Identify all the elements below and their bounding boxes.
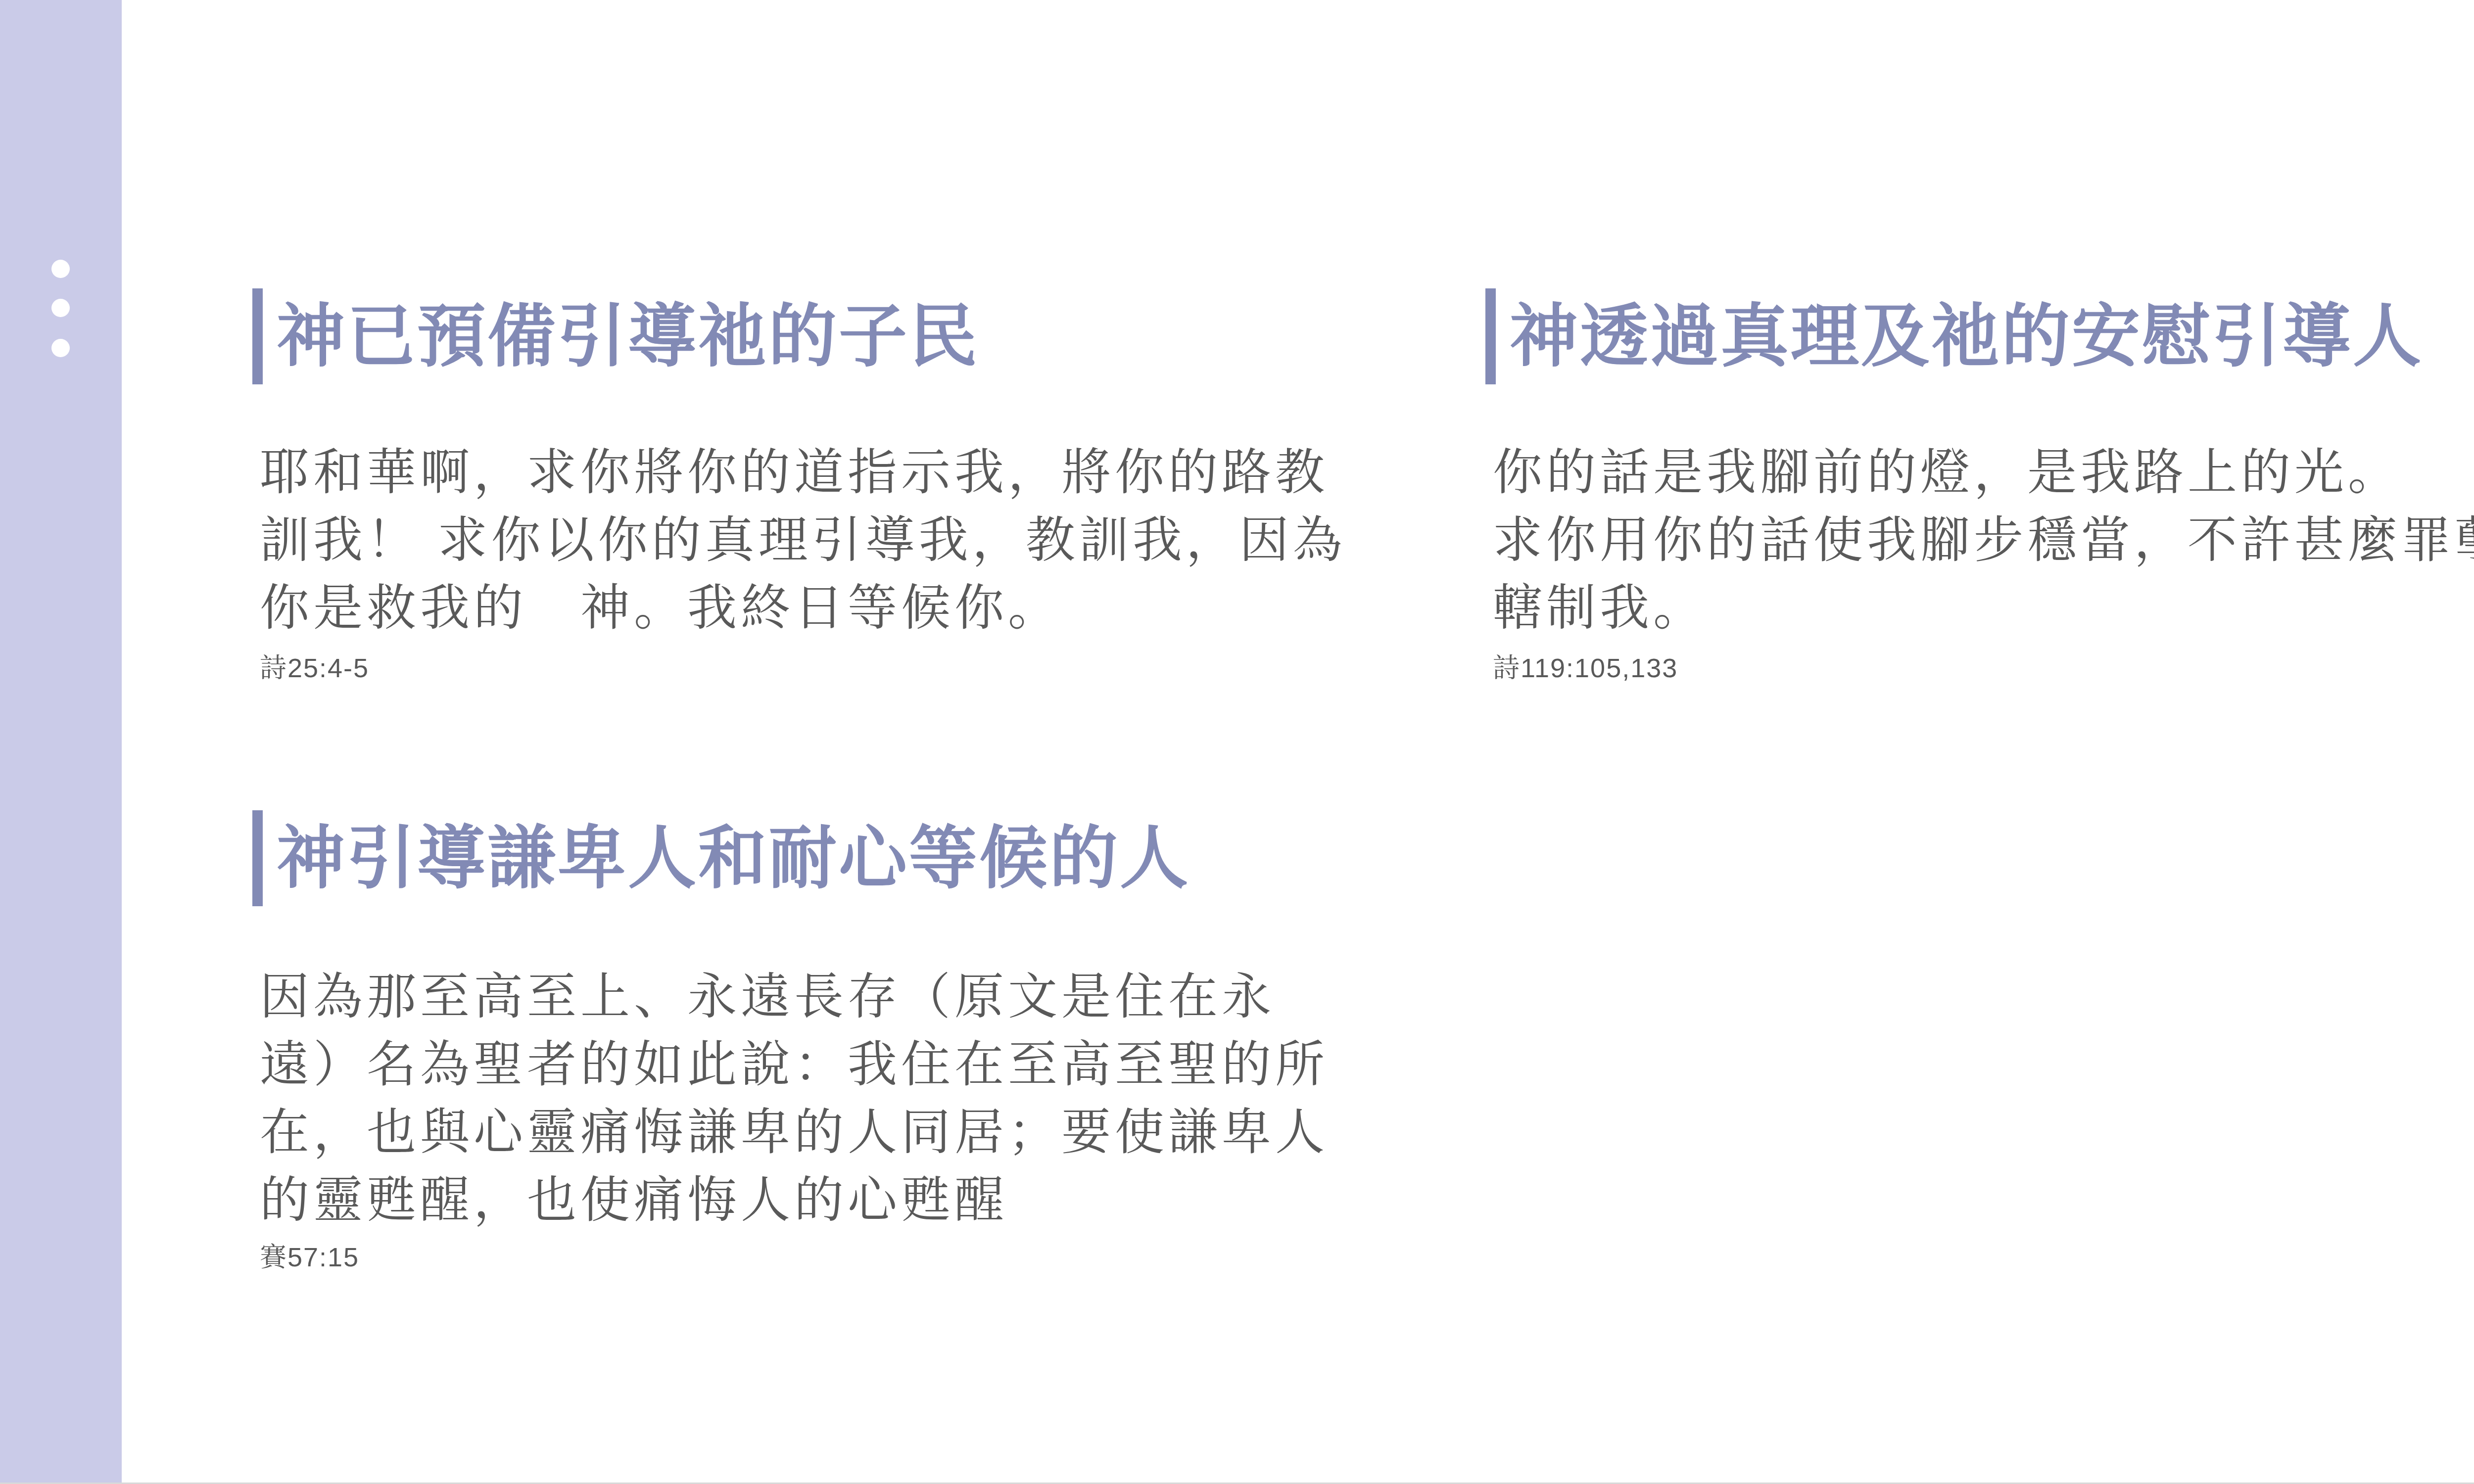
section-title: 神已預備引導祂的子民 [277, 288, 979, 384]
section-title: 神透過真理及祂的安慰引導人 [1510, 288, 2423, 384]
verse-line: 的靈甦醒，也使痛悔人的心甦醒 [260, 1166, 1489, 1234]
verse-reference: 詩25:4-5 [260, 652, 1489, 685]
verse-line: 轄制我。 [1493, 574, 2474, 642]
verse-line: 求你用你的話使我腳步穩當，不許甚麼罪孽 [1493, 507, 2474, 574]
slide-dot-indicator [51, 339, 70, 357]
verse-line: 因為那至高至上、永遠長存（原文是住在永 [260, 963, 1489, 1031]
verse-reference: 詩119:105,133 [1493, 652, 2474, 685]
section-left-top: 神已預備引導祂的子民 耶和華啊，求你將你的道指示我，將你的路教 訓我！ 求你以你… [252, 288, 1489, 685]
slide-canvas: 神已預備引導祂的子民 耶和華啊，求你將你的道指示我，將你的路教 訓我！ 求你以你… [0, 0, 2474, 1484]
slide-dot-indicator [51, 299, 70, 317]
section-title: 神引導謙卑人和耐心等候的人 [277, 810, 1190, 906]
verse-line: 在，也與心靈痛悔謙卑的人同居；要使謙卑人 [260, 1099, 1489, 1166]
verse-line: 訓我！ 求你以你的真理引導我，教訓我，因為 [260, 507, 1489, 574]
heading-accent-bar [252, 810, 263, 906]
verse-line: 你的話是我腳前的燈，是我路上的光。 [1493, 439, 2474, 507]
slide-dot-indicator [51, 260, 70, 278]
verse-line: 遠）名為聖者的如此說：我住在至高至聖的所 [260, 1031, 1489, 1099]
heading-accent-bar [252, 288, 263, 384]
verse-line: 你是救我的 神。我終日等候你。 [260, 574, 1489, 642]
verse-text: 你的話是我腳前的燈，是我路上的光。 求你用你的話使我腳步穩當，不許甚麼罪孽 轄制… [1493, 439, 2474, 642]
sidebar-accent-panel [0, 0, 122, 1484]
section-right-top: 神透過真理及祂的安慰引導人 你的話是我腳前的燈，是我路上的光。 求你用你的話使我… [1485, 288, 2474, 685]
section-heading: 神已預備引導祂的子民 [252, 288, 1489, 384]
section-heading: 神引導謙卑人和耐心等候的人 [252, 810, 1489, 906]
section-left-bottom: 神引導謙卑人和耐心等候的人 因為那至高至上、永遠長存（原文是住在永 遠）名為聖者… [252, 810, 1489, 1274]
verse-reference: 賽57:15 [260, 1241, 1489, 1274]
verse-line: 耶和華啊，求你將你的道指示我，將你的路教 [260, 439, 1489, 507]
verse-text: 因為那至高至上、永遠長存（原文是住在永 遠）名為聖者的如此說：我住在至高至聖的所… [260, 963, 1489, 1234]
section-heading: 神透過真理及祂的安慰引導人 [1485, 288, 2474, 384]
verse-text: 耶和華啊，求你將你的道指示我，將你的路教 訓我！ 求你以你的真理引導我，教訓我，… [260, 439, 1489, 642]
heading-accent-bar [1485, 288, 1496, 384]
